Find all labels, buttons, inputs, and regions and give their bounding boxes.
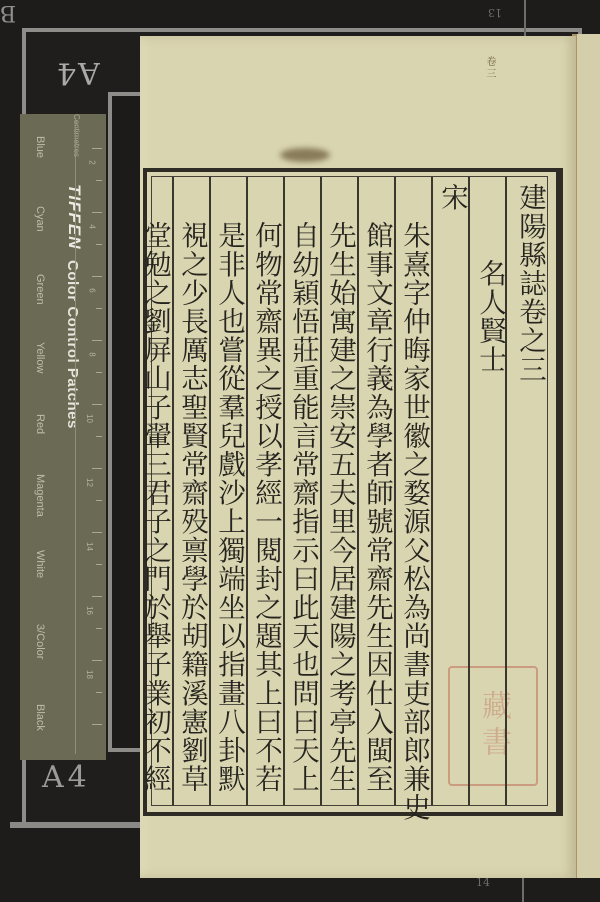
margin-annotation: 卷三 — [477, 56, 497, 96]
target-label-top: A4 — [55, 55, 100, 90]
color-control-card: Centimetres TIFFEN Color Control Patches… — [20, 114, 106, 760]
text-column: 自幼穎悟莊重能言常齋指示曰此天也問曰天上 — [285, 221, 321, 793]
target-corner-label: B — [0, 0, 16, 25]
page-number-top: 13 — [488, 6, 502, 19]
next-page-edge — [572, 34, 600, 878]
text-column: 何物常齋異之授以孝經一閱封之題其上曰不若 — [248, 221, 284, 793]
volume-title: 建陽縣誌卷之三 — [512, 183, 548, 383]
text-column: 是非人也嘗從羣兒戲沙上獨端坐以指畫八卦默 — [211, 221, 247, 793]
patch-label: Green — [34, 274, 46, 305]
patch-label: Magenta — [34, 474, 46, 517]
printed-text-block: 建陽縣誌卷之三 名人賢士 宋 朱熹字仲晦家世徽之婺源父松為尚書吏部郎兼史 館事文… — [143, 168, 563, 816]
guide-line-top — [524, 0, 526, 36]
ink-stain — [280, 148, 330, 162]
guide-line-bottom — [522, 876, 524, 902]
column-grid: 建陽縣誌卷之三 名人賢士 宋 朱熹字仲晦家世徽之婺源父松為尚書吏部郎兼史 館事文… — [151, 176, 548, 806]
patch-label: Yellow — [34, 342, 46, 373]
patch-label: Red — [34, 414, 46, 434]
ruler: 2 4 6 8 10 12 14 16 18 — [75, 118, 102, 754]
text-column: 館事文章行義為學者師號常齋先生因仕入閩至 — [359, 221, 395, 793]
text-column: 堂勉之劉屏山子翬三君子之門於舉子業初不經 — [137, 221, 173, 793]
target-label-bottom: A4 — [42, 760, 91, 795]
patch-label: Blue — [34, 136, 46, 158]
patch-label: Black — [34, 704, 46, 731]
section-heading: 名人賢士 — [472, 259, 508, 373]
patch-label: White — [34, 550, 46, 578]
text-column: 朱熹字仲晦家世徽之婺源父松為尚書吏部郎兼史 — [396, 221, 432, 822]
text-column: 先生始寓建之崇安五夫里今居建陽之考亭先生 — [322, 221, 358, 793]
patch-label: 3/Color — [34, 624, 46, 659]
dynasty-heading: 宋 — [434, 183, 470, 212]
patch-label: Cyan — [34, 206, 46, 232]
text-column: 視之少長厲志聖賢常齋殁禀學於胡籍溪憲劉草 — [174, 221, 210, 793]
